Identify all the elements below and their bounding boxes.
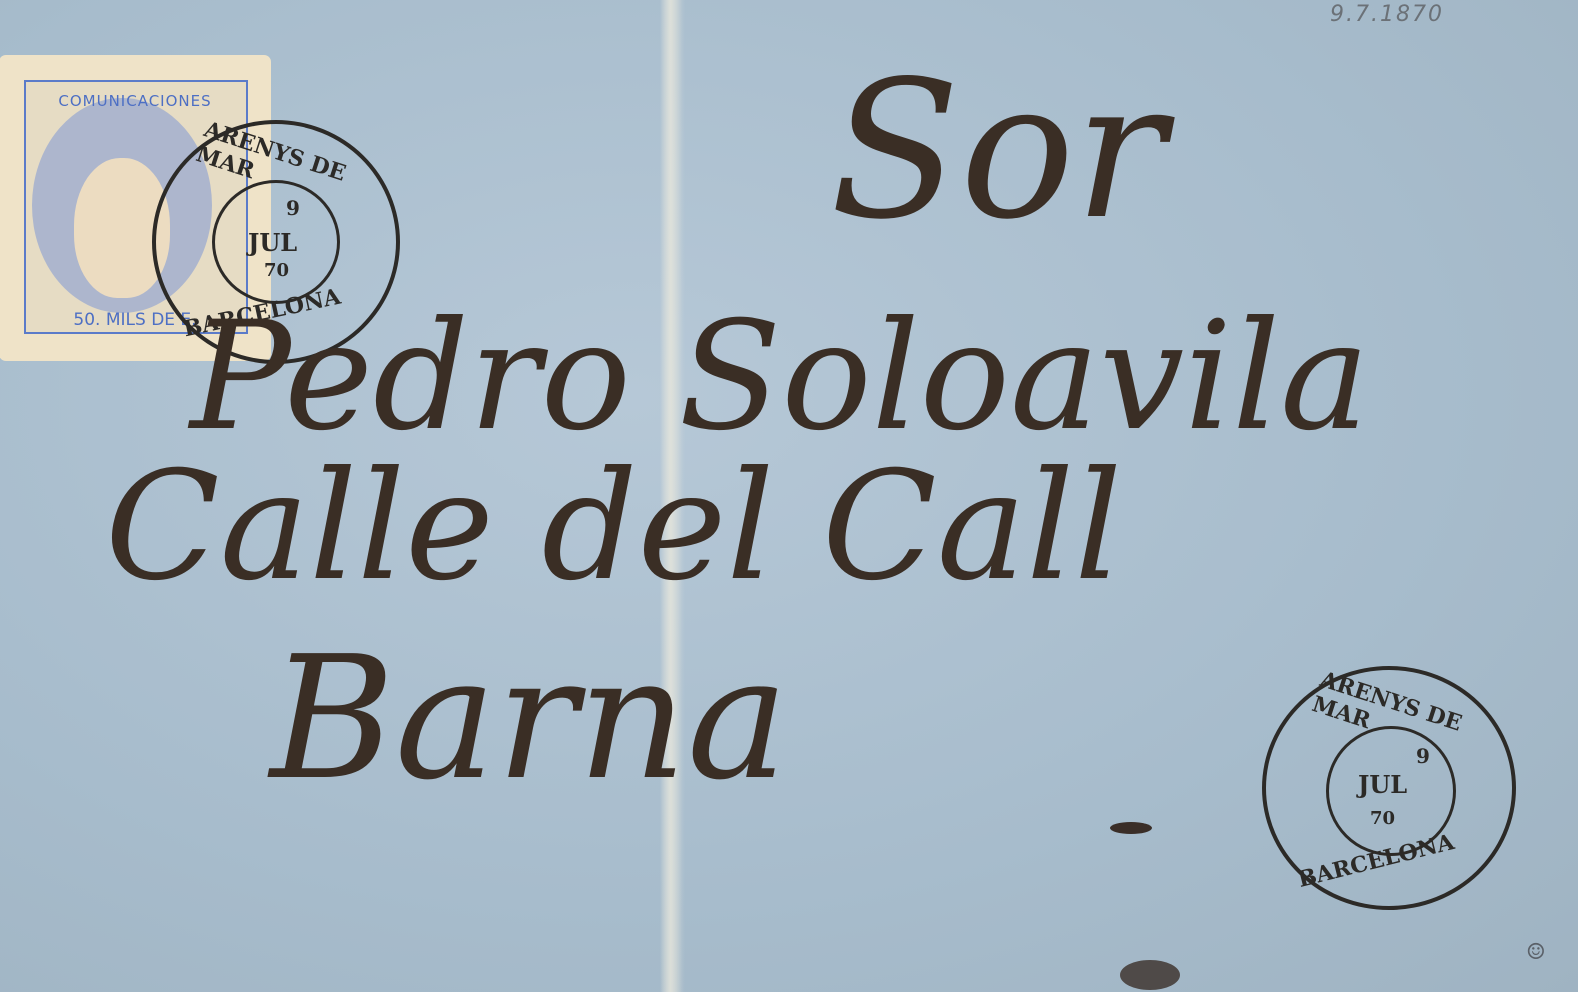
postmark-month: JUL: [1358, 770, 1407, 799]
postmark-year: 70: [1370, 808, 1395, 829]
postmark-day: 9: [1416, 744, 1430, 768]
address-city: Barna: [270, 620, 788, 818]
stamp-top-text: COMUNICACIONES: [2, 92, 268, 110]
address-name: Pedro Soloavila: [190, 290, 1370, 464]
address-street: Calle del Call: [105, 440, 1122, 614]
postmark-year: 70: [264, 260, 289, 281]
postmark-bottom: ARENYS DE MAR BARCELONA 9 JUL 70: [1262, 666, 1516, 910]
address-salutation: Sor: [830, 40, 1165, 261]
ink-blot: [1120, 960, 1180, 990]
corner-mark: ☺: [1526, 940, 1546, 965]
postmark-month: JUL: [248, 228, 297, 257]
postmark-day: 9: [286, 196, 300, 220]
ink-blot: [1110, 822, 1152, 834]
pencil-date-note: 9.7.1870: [1330, 2, 1444, 27]
postal-cover: 9.7.1870 COMUNICACIONES 50. MILS DE E. A…: [0, 0, 1578, 992]
